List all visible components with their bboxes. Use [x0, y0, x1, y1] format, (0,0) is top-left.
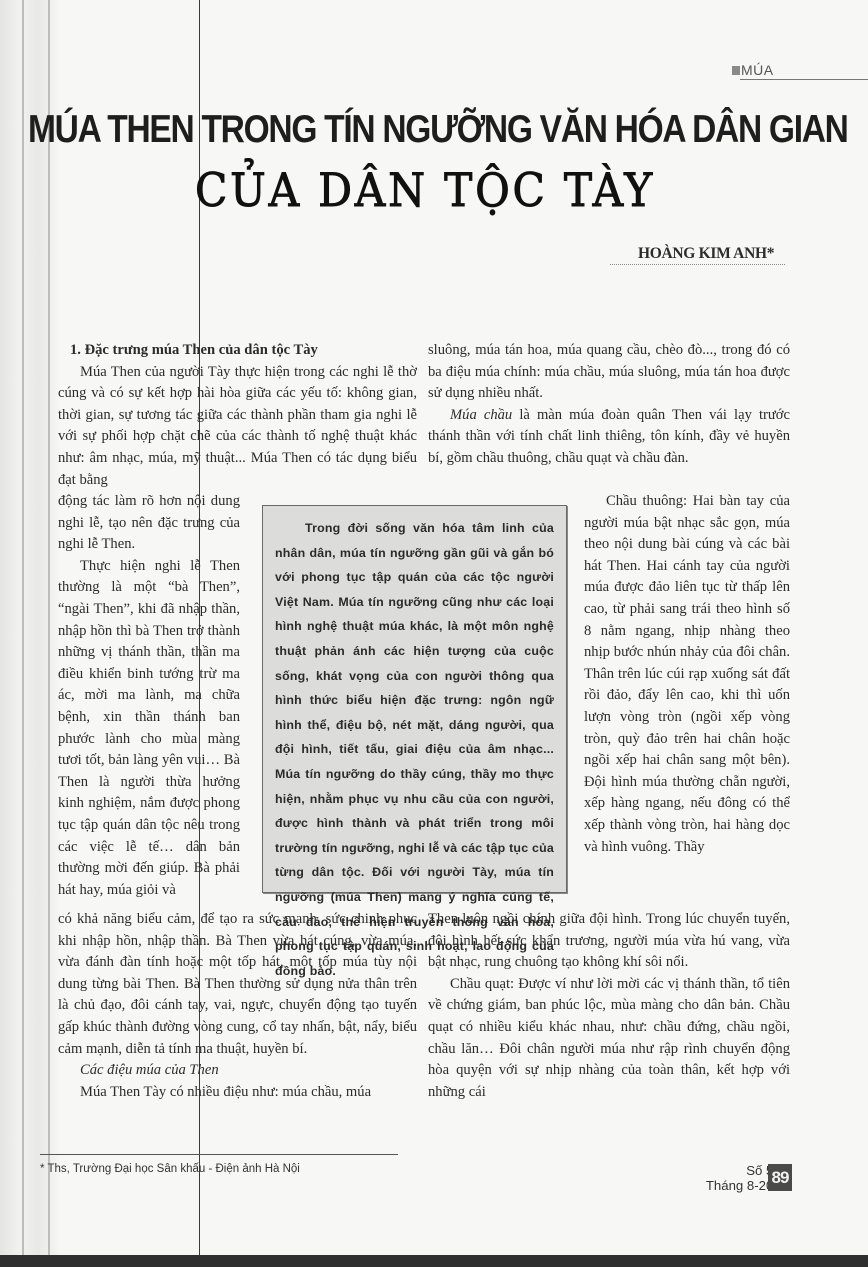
square-bullet-icon: [732, 66, 740, 75]
section-rule: [740, 79, 868, 80]
paragraph: động tác làm rõ hơn nội dung nghi lễ, tạ…: [58, 491, 240, 556]
right-column: sluông, múa tán hoa, múa quang cầu, chèo…: [428, 340, 790, 470]
pull-quote-box: Trong đời sống văn hóa tâm linh của nhân…: [262, 505, 567, 893]
spine-line: [48, 0, 50, 1255]
left-column: 1. Đặc trưng múa Then của dân tộc Tày Mú…: [58, 340, 417, 491]
spine-line: [22, 0, 24, 1255]
article-author: HOÀNG KIM ANH*: [638, 245, 774, 263]
footnote-rule: [40, 1154, 398, 1155]
section-label-text: MÚA: [741, 62, 774, 78]
author-underline: [610, 264, 785, 266]
section-label: MÚA: [732, 62, 774, 78]
subheading: Các điệu múa của Then: [58, 1060, 417, 1082]
paragraph: Thực hiện nghi lễ Then thường là một “bà…: [58, 556, 240, 902]
paragraph: sluông, múa tán hoa, múa quang cầu, chèo…: [428, 340, 790, 405]
pull-quote-text: Trong đời sống văn hóa tâm linh của nhân…: [275, 516, 554, 983]
page-spine-shadow: [0, 0, 60, 1267]
paragraph: Chầu quạt: Được ví như lời mời các vị th…: [428, 974, 790, 1104]
italic-term: Múa chầu: [450, 407, 512, 423]
section-heading: 1. Đặc trưng múa Then của dân tộc Tày: [58, 340, 417, 362]
paragraph: Múa Then Tày có nhiều điệu như: múa chầu…: [58, 1082, 417, 1104]
scan-bottom-edge: [0, 1255, 868, 1267]
paragraph: Múa Then của người Tày thực hiện trong c…: [58, 362, 417, 492]
paragraph: Múa chầu là màn múa đoàn quân Then vái l…: [428, 405, 790, 470]
footnote: * Ths, Trường Đại học Sân khấu - Điện ản…: [40, 1163, 300, 1175]
article-title-line1: MÚA THEN TRONG TÍN NGƯỠNG VĂN HÓA DÂN GI…: [28, 108, 716, 152]
paragraph: Chầu thuông: Hai bàn tay của người múa b…: [584, 491, 790, 858]
page-number: 89: [768, 1164, 792, 1191]
article-title-line2: CỦA DÂN TỘC TÀY: [195, 163, 655, 217]
right-column-wrap: Chầu thuông: Hai bàn tay của người múa b…: [584, 491, 790, 858]
left-column-wrap: động tác làm rõ hơn nội dung nghi lễ, tạ…: [58, 491, 240, 901]
